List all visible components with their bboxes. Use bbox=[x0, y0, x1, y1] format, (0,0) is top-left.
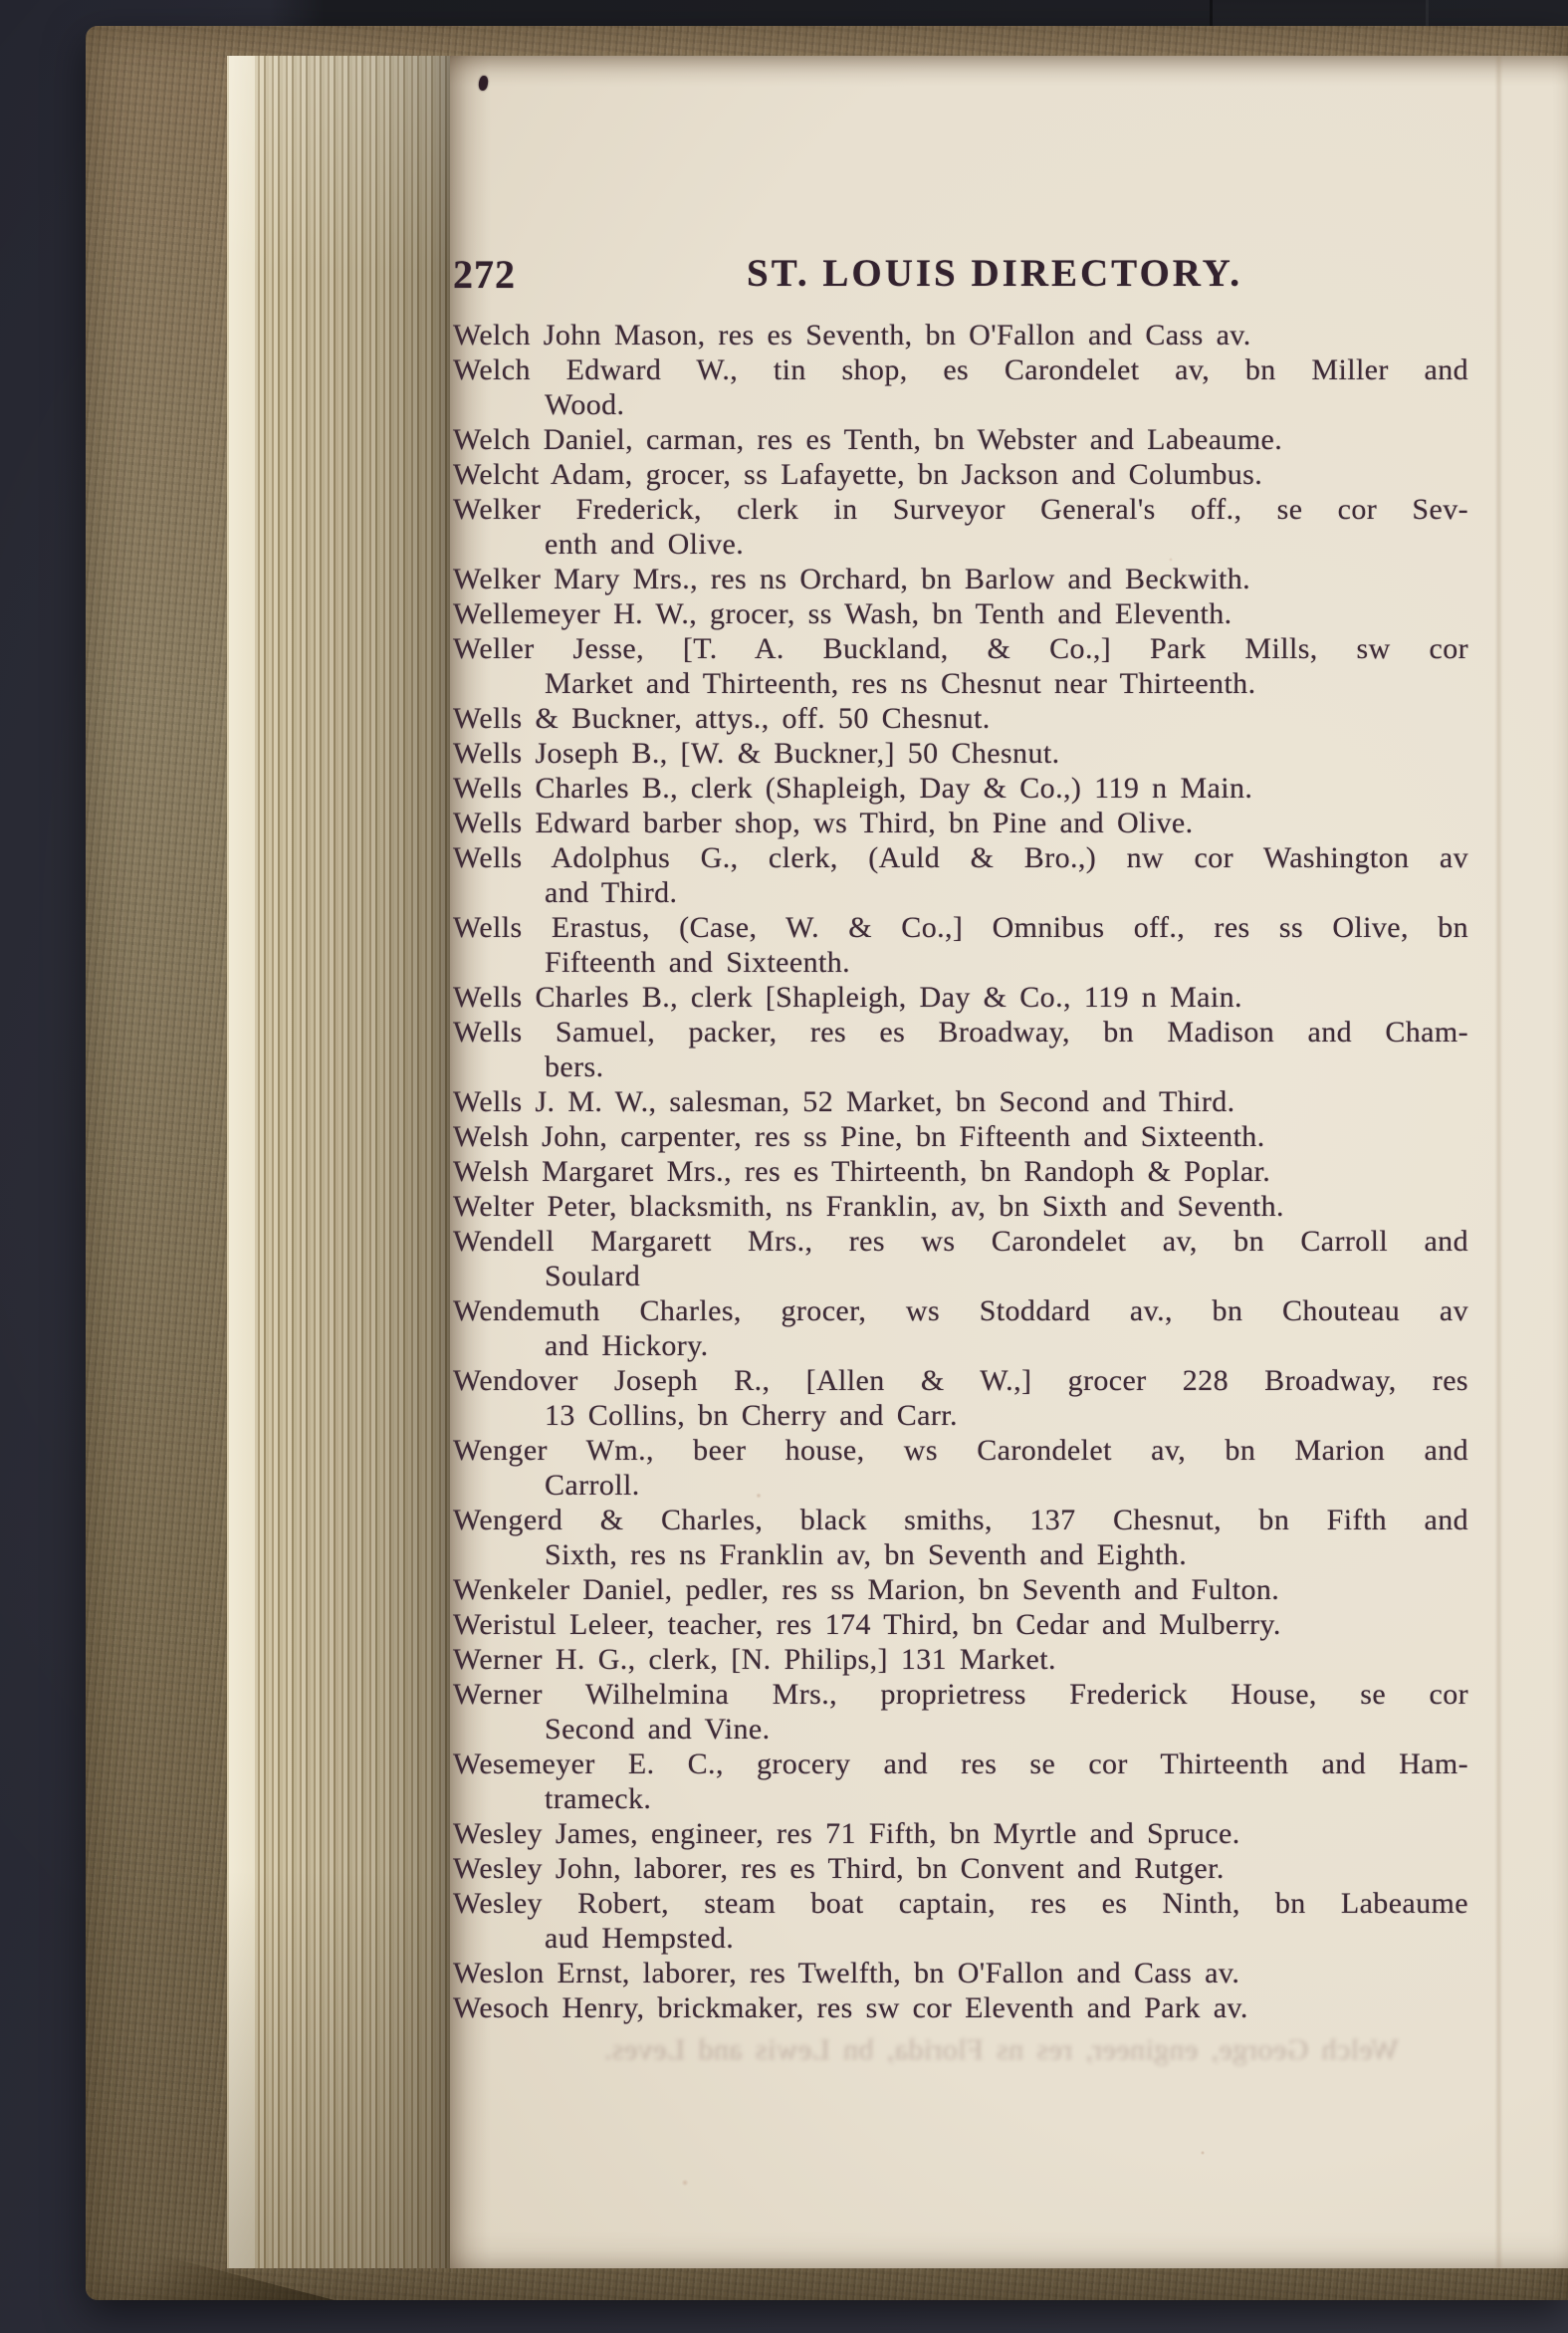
directory-entry: Wells Edward barber shop, ws Third, bn P… bbox=[453, 806, 1468, 840]
entry-line: Weller Jesse, [T. A. Buckland, & Co.,] P… bbox=[453, 631, 1468, 666]
entry-line: Weslon Ernst, laborer, res Twelfth, bn O… bbox=[453, 1956, 1468, 1990]
directory-entry: Wells Joseph B., [W. & Buckner,] 50 Ches… bbox=[453, 736, 1468, 771]
directory-entry: Welch Daniel, carman, res es Tenth, bn W… bbox=[453, 422, 1468, 457]
directory-entry: Welsh Margaret Mrs., res es Thirteenth, … bbox=[453, 1154, 1468, 1189]
entry-line: Sixth, res ns Franklin av, bn Seventh an… bbox=[453, 1537, 1468, 1572]
entry-line: Second and Vine. bbox=[453, 1712, 1468, 1747]
entry-line: Wesley John, laborer, res es Third, bn C… bbox=[453, 1851, 1468, 1886]
entry-line: Welker Frederick, clerk in Surveyor Gene… bbox=[453, 492, 1468, 527]
entry-line: Carroll. bbox=[453, 1468, 1468, 1503]
entry-line: Wellemeyer H. W., grocer, ss Wash, bn Te… bbox=[453, 596, 1468, 631]
directory-entry: Wesley James, engineer, res 71 Fifth, bn… bbox=[453, 1816, 1468, 1851]
entry-line: Welsh John, carpenter, res ss Pine, bn F… bbox=[453, 1119, 1468, 1154]
page-header: 272 ST. LOUIS DIRECTORY. bbox=[453, 251, 1468, 299]
entry-line: Wells Charles B., clerk (Shapleigh, Day … bbox=[453, 771, 1468, 806]
directory-entry: Wells Samuel, packer, res es Broadway, b… bbox=[453, 1015, 1468, 1084]
directory-entry: Werner Wilhelmina Mrs., proprietress Fre… bbox=[453, 1677, 1468, 1747]
entry-line: Welsh Margaret Mrs., res es Thirteenth, … bbox=[453, 1154, 1468, 1189]
directory-entry: Wells Erastus, (Case, W. & Co.,] Omnibus… bbox=[453, 910, 1468, 980]
directory-list: Welch John Mason, res es Seventh, bn O'F… bbox=[453, 318, 1468, 2025]
entry-line: Wells Joseph B., [W. & Buckner,] 50 Ches… bbox=[453, 736, 1468, 771]
entry-line: Welter Peter, blacksmith, ns Franklin, a… bbox=[453, 1189, 1468, 1224]
bleed-through-text: Welch George, engineer, res ns Florida, … bbox=[513, 2033, 1399, 2067]
directory-entry: Wells J. M. W., salesman, 52 Market, bn … bbox=[453, 1084, 1468, 1119]
entry-line: Welch Daniel, carman, res es Tenth, bn W… bbox=[453, 422, 1468, 457]
entry-line: Soulard bbox=[453, 1259, 1468, 1293]
entry-line: aud Hempsted. bbox=[453, 1921, 1468, 1956]
directory-entry: Welter Peter, blacksmith, ns Franklin, a… bbox=[453, 1189, 1468, 1224]
directory-entry: Welcht Adam, grocer, ss Lafayette, bn Ja… bbox=[453, 457, 1468, 492]
directory-entry: Wesemeyer E. C., grocery and res se cor … bbox=[453, 1747, 1468, 1816]
entry-line: Wendover Joseph R., [Allen & W.,] grocer… bbox=[453, 1363, 1468, 1398]
photo-backdrop: 272 ST. LOUIS DIRECTORY. Welch John Maso… bbox=[0, 0, 1568, 2333]
directory-entry: Wesoch Henry, brickmaker, res sw cor Ele… bbox=[453, 1990, 1468, 2025]
entry-line: Wendemuth Charles, grocer, ws Stoddard a… bbox=[453, 1293, 1468, 1328]
directory-entry: Wellemeyer H. W., grocer, ss Wash, bn Te… bbox=[453, 596, 1468, 631]
directory-entry: Weslon Ernst, laborer, res Twelfth, bn O… bbox=[453, 1956, 1468, 1990]
directory-entry: Wendover Joseph R., [Allen & W.,] grocer… bbox=[453, 1363, 1468, 1433]
entry-line: Wells J. M. W., salesman, 52 Market, bn … bbox=[453, 1084, 1468, 1119]
directory-entry: Wells Charles B., clerk [Shapleigh, Day … bbox=[453, 980, 1468, 1015]
directory-entry: Wendemuth Charles, grocer, ws Stoddard a… bbox=[453, 1293, 1468, 1363]
page-edges bbox=[227, 56, 450, 2268]
entry-line: Weristul Leleer, teacher, res 174 Third,… bbox=[453, 1607, 1468, 1642]
directory-entry: Wells & Buckner, attys., off. 50 Chesnut… bbox=[453, 701, 1468, 736]
entry-line: Wenger Wm., beer house, ws Carondelet av… bbox=[453, 1433, 1468, 1468]
directory-entry: Wesley Robert, steam boat captain, res e… bbox=[453, 1886, 1468, 1956]
directory-entry: Welker Mary Mrs., res ns Orchard, bn Bar… bbox=[453, 562, 1468, 596]
entry-line: Fifteenth and Sixteenth. bbox=[453, 945, 1468, 980]
entry-line: Wells Adolphus G., clerk, (Auld & Bro.,)… bbox=[453, 840, 1468, 875]
entry-line: Werner Wilhelmina Mrs., proprietress Fre… bbox=[453, 1677, 1468, 1712]
entry-line: and Third. bbox=[453, 875, 1468, 910]
entry-line: Wengerd & Charles, black smiths, 137 Che… bbox=[453, 1503, 1468, 1537]
entry-line: bers. bbox=[453, 1050, 1468, 1084]
entry-line: Welcht Adam, grocer, ss Lafayette, bn Ja… bbox=[453, 457, 1468, 492]
directory-entry: Weller Jesse, [T. A. Buckland, & Co.,] P… bbox=[453, 631, 1468, 701]
page-title: ST. LOUIS DIRECTORY. bbox=[487, 251, 1502, 296]
entry-line: Wood. bbox=[453, 387, 1468, 422]
directory-entry: Werner H. G., clerk, [N. Philips,] 131 M… bbox=[453, 1642, 1468, 1677]
entry-line: Wells & Buckner, attys., off. 50 Chesnut… bbox=[453, 701, 1468, 736]
entry-line: Wells Edward barber shop, ws Third, bn P… bbox=[453, 806, 1468, 840]
entry-line: and Hickory. bbox=[453, 1328, 1468, 1363]
entry-line: Welker Mary Mrs., res ns Orchard, bn Bar… bbox=[453, 562, 1468, 596]
entry-line: Wesoch Henry, brickmaker, res sw cor Ele… bbox=[453, 1990, 1468, 2025]
entry-line: Welch Edward W., tin shop, es Carondelet… bbox=[453, 352, 1468, 387]
directory-entry: Welsh John, carpenter, res ss Pine, bn F… bbox=[453, 1119, 1468, 1154]
directory-entry: Welch Edward W., tin shop, es Carondelet… bbox=[453, 352, 1468, 422]
entry-line: enth and Olive. bbox=[453, 527, 1468, 562]
entry-line: Welch John Mason, res es Seventh, bn O'F… bbox=[453, 318, 1468, 352]
entry-line: Wenkeler Daniel, pedler, res ss Marion, … bbox=[453, 1572, 1468, 1607]
entry-line: Wells Samuel, packer, res es Broadway, b… bbox=[453, 1015, 1468, 1050]
entry-line: Wells Erastus, (Case, W. & Co.,] Omnibus… bbox=[453, 910, 1468, 945]
directory-entry: Wenkeler Daniel, pedler, res ss Marion, … bbox=[453, 1572, 1468, 1607]
directory-entry: Wengerd & Charles, black smiths, 137 Che… bbox=[453, 1503, 1468, 1572]
entry-line: Wesemeyer E. C., grocery and res se cor … bbox=[453, 1747, 1468, 1781]
entry-line: Wendell Margarett Mrs., res ws Carondele… bbox=[453, 1224, 1468, 1259]
directory-entry: Wenger Wm., beer house, ws Carondelet av… bbox=[453, 1433, 1468, 1503]
entry-line: Wesley James, engineer, res 71 Fifth, bn… bbox=[453, 1816, 1468, 1851]
directory-entry: Wesley John, laborer, res es Third, bn C… bbox=[453, 1851, 1468, 1886]
directory-entry: Weristul Leleer, teacher, res 174 Third,… bbox=[453, 1607, 1468, 1642]
directory-entry: Wendell Margarett Mrs., res ws Carondele… bbox=[453, 1224, 1468, 1293]
entry-line: 13 Collins, bn Cherry and Carr. bbox=[453, 1398, 1468, 1433]
entry-line: trameck. bbox=[453, 1781, 1468, 1816]
entry-line: Wesley Robert, steam boat captain, res e… bbox=[453, 1886, 1468, 1921]
directory-entry: Welch John Mason, res es Seventh, bn O'F… bbox=[453, 318, 1468, 352]
entry-line: Werner H. G., clerk, [N. Philips,] 131 M… bbox=[453, 1642, 1468, 1677]
directory-entry: Wells Adolphus G., clerk, (Auld & Bro.,)… bbox=[453, 840, 1468, 910]
entry-line: Wells Charles B., clerk [Shapleigh, Day … bbox=[453, 980, 1468, 1015]
entry-line: Market and Thirteenth, res ns Chesnut ne… bbox=[453, 666, 1468, 701]
directory-entry: Welker Frederick, clerk in Surveyor Gene… bbox=[453, 492, 1468, 562]
directory-entry: Wells Charles B., clerk (Shapleigh, Day … bbox=[453, 771, 1468, 806]
